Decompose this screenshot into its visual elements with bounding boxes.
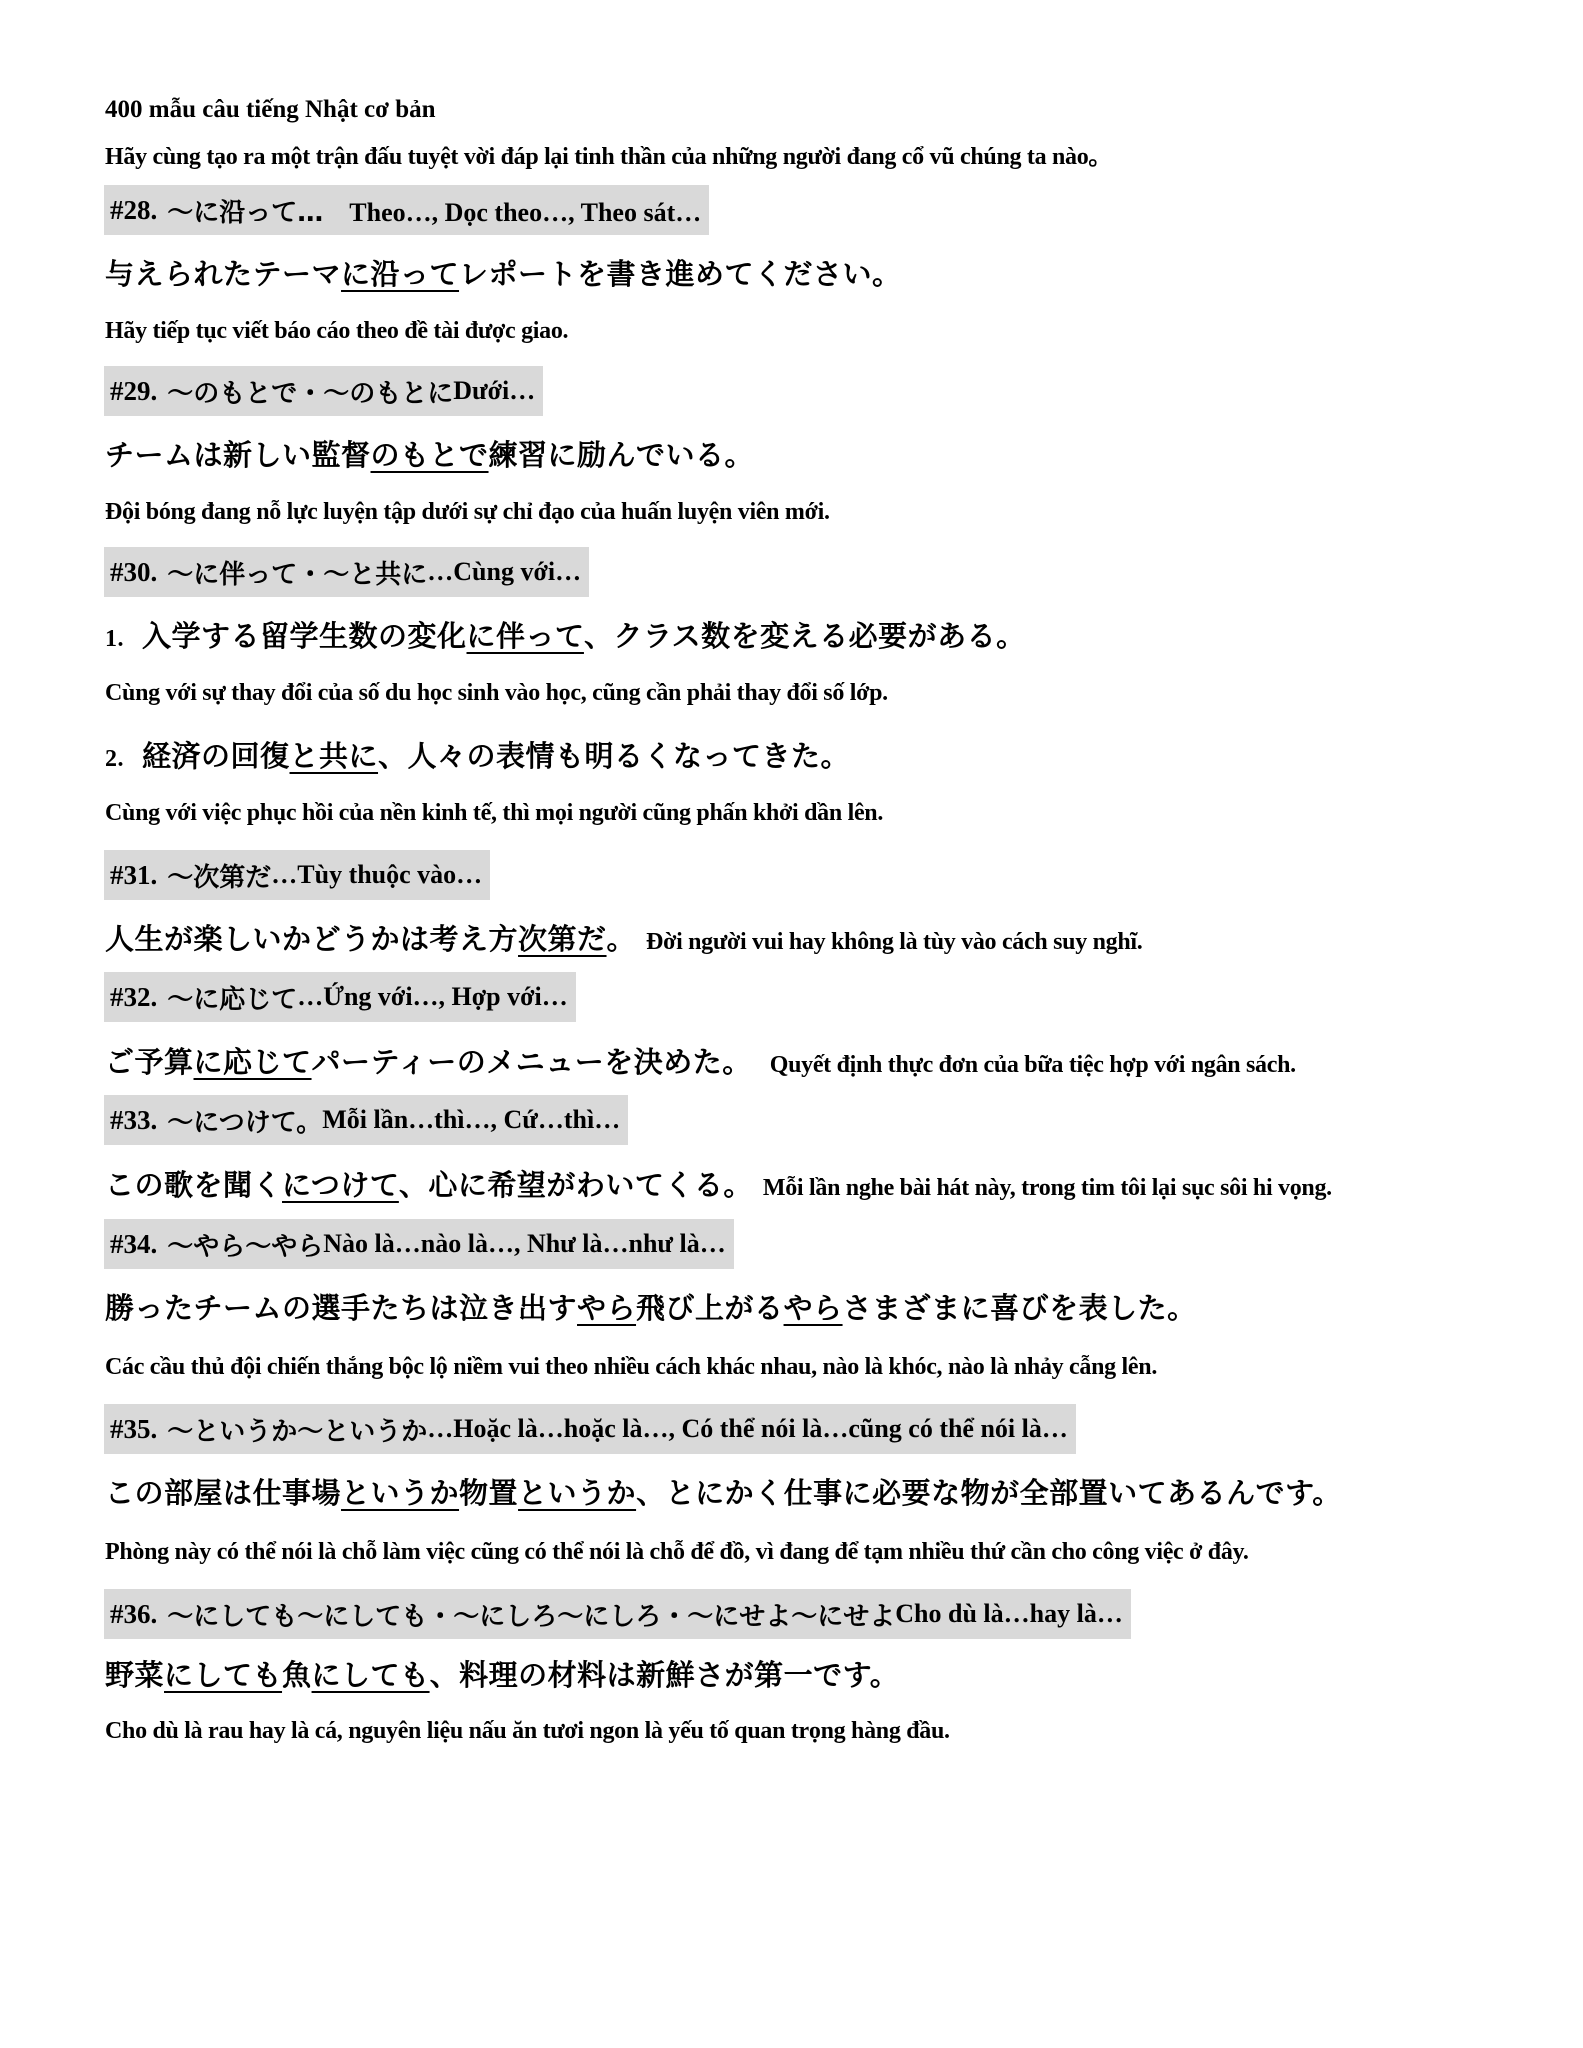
jp-text: 勝ったチームの選手たちは泣き出す xyxy=(105,1291,577,1325)
grammar-pattern: ～次第だ xyxy=(167,857,271,894)
jp-text: 、心に希望がわいてくる。 xyxy=(399,1168,753,1202)
jp-grammar-focus: に応じて xyxy=(194,1045,312,1079)
jp-grammar-focus: にしても xyxy=(312,1658,430,1692)
section-number: #34. xyxy=(110,1229,157,1260)
pattern-meaning: Nào là…nào là…, Như là…như là… xyxy=(323,1229,726,1259)
jp-text: 、クラス数を変える必要がある。 xyxy=(584,619,1026,653)
pattern-meaning: …Hoặc là…hoặc là…, Có thể nói là…cũng có… xyxy=(427,1414,1068,1444)
jp-text: 飛び上がる xyxy=(636,1291,784,1325)
section-header-31: #31. ～次第だ …Tùy thuộc vào… xyxy=(104,850,490,900)
pattern-meaning: Theo…, Dọc theo…, Theo sát… xyxy=(323,192,701,229)
section-header-36: #36. ～にしても～にしても・～にしろ～にしろ・～にせよ～にせよ Cho dù… xyxy=(104,1589,1131,1639)
grammar-pattern: ～に伴って・～と共に xyxy=(167,554,427,591)
jp-text: 、とにかく仕事に必要な物が全部置いてあるんです。 xyxy=(636,1476,1342,1510)
jp-grammar-focus: のもとで xyxy=(371,438,489,472)
grammar-pattern: ～に応じて xyxy=(167,979,297,1016)
example-jp: チームは新しい監督のもとで練習に励んでいる。 xyxy=(105,433,754,474)
example-jp: 1.入学する留学生数の変化に伴って、クラス数を変える必要がある。 xyxy=(105,614,1026,655)
example-vn-inline: Đời người vui hay không là tùy vào cách … xyxy=(646,929,1142,955)
example-jp: ご予算に応じてパーティーのメニューを決めた。Quyết định thực đơ… xyxy=(105,1040,1296,1081)
jp-text: さまざまに喜びを表した。 xyxy=(843,1291,1197,1325)
jp-text: 経済の回復 xyxy=(142,739,290,773)
section-number: #28. xyxy=(110,195,157,226)
pattern-meaning: …Tùy thuộc vào… xyxy=(271,860,482,890)
grammar-pattern: ～やら～やら xyxy=(167,1226,323,1263)
jp-grammar-focus: にしても xyxy=(164,1658,282,1692)
section-header-30: #30. ～に伴って・～と共に …Cùng với… xyxy=(104,547,589,597)
jp-grammar-focus: に伴って xyxy=(467,619,584,653)
pattern-meaning: …Ứng với…, Hợp với… xyxy=(297,982,567,1012)
example-vn: Cùng với sự thay đổi của số du học sinh … xyxy=(105,680,888,707)
jp-grammar-focus: に沿って xyxy=(341,257,459,291)
jp-text: 与えられたテーマ xyxy=(105,257,341,291)
example-vn: Cùng với việc phục hồi của nền kinh tế, … xyxy=(105,800,883,827)
grammar-pattern: ～に沿って… xyxy=(167,192,323,229)
section-header-34: #34. ～やら～やら Nào là…nào là…, Như là…như l… xyxy=(104,1219,734,1269)
jp-text: この部屋は仕事場 xyxy=(105,1476,341,1510)
jp-text: この歌を聞く xyxy=(105,1168,282,1202)
section-header-29: #29. ～のもとで・～のもとに Dưới… xyxy=(104,366,543,416)
jp-text: ご予算 xyxy=(105,1045,194,1079)
example-index: 2. xyxy=(105,746,124,772)
pattern-meaning: …Cùng với… xyxy=(427,557,581,587)
section-number: #33. xyxy=(110,1105,157,1136)
pattern-meaning: Cho dù là…hay là… xyxy=(895,1599,1123,1629)
jp-grammar-focus: というか xyxy=(518,1476,636,1510)
jp-grammar-focus: やら xyxy=(577,1291,636,1325)
example-vn: Phòng này có thể nói là chỗ làm việc cũn… xyxy=(105,1539,1249,1566)
jp-text: チームは新しい監督 xyxy=(105,438,371,472)
jp-text: 練習に励んでいる。 xyxy=(489,438,755,472)
section-number: #30. xyxy=(110,557,157,588)
section-number: #35. xyxy=(110,1414,157,1445)
jp-text: 野菜 xyxy=(105,1658,164,1692)
jp-grammar-focus: と共に xyxy=(290,739,379,773)
grammar-pattern: ～のもとで・～のもとに xyxy=(167,373,453,410)
jp-text: 、人々の表情も明るくなってきた。 xyxy=(378,739,850,773)
example-jp: 勝ったチームの選手たちは泣き出すやら飛び上がるやらさまざまに喜びを表した。 xyxy=(105,1286,1197,1327)
section-header-28: #28. ～に沿って… Theo…, Dọc theo…, Theo sát… xyxy=(104,185,709,235)
section-header-32: #32. ～に応じて …Ứng với…, Hợp với… xyxy=(104,972,576,1022)
pattern-meaning: Mỗi lần…thì…, Cứ…thì… xyxy=(322,1105,620,1135)
example-vn: Các cầu thủ đội chiến thắng bộc lộ niềm … xyxy=(105,1354,1157,1381)
example-jp: 野菜にしても魚にしても、料理の材料は新鮮さが第一です。 xyxy=(105,1653,899,1694)
section-header-33: #33. ～につけて。 Mỗi lần…thì…, Cứ…thì… xyxy=(104,1095,628,1145)
grammar-pattern: ～にしても～にしても・～にしろ～にしろ・～にせよ～にせよ xyxy=(167,1596,895,1633)
example-jp: この部屋は仕事場というか物置というか、とにかく仕事に必要な物が全部置いてあるんで… xyxy=(105,1471,1342,1512)
section-number: #32. xyxy=(110,982,157,1013)
jp-text: 、料理の材料は新鮮さが第一です。 xyxy=(430,1658,900,1692)
jp-text: レポートを書き進めてください。 xyxy=(459,257,902,291)
example-jp: 人生が楽しいかどうかは考え方次第だ。Đời người vui hay khôn… xyxy=(105,917,1142,958)
example-vn: Hãy tiếp tục viết báo cáo theo đề tài đư… xyxy=(105,318,568,345)
example-jp: 2.経済の回復と共に、人々の表情も明るくなってきた。 xyxy=(105,734,850,775)
jp-text: パーティーのメニューを決めた。 xyxy=(312,1045,752,1079)
example-jp: この歌を聞くにつけて、心に希望がわいてくる。Mỗi lần nghe bài h… xyxy=(105,1163,1332,1204)
pattern-meaning: Dưới… xyxy=(453,376,535,406)
document-page: 400 mẫu câu tiếng Nhật cơ bản Hãy cùng t… xyxy=(0,0,1583,2048)
jp-text: 人生が楽しいかどうかは考え方 xyxy=(105,922,518,956)
document-subtitle: Hãy cùng tạo ra một trận đấu tuyệt vời đ… xyxy=(105,136,1112,171)
section-number: #31. xyxy=(110,860,157,891)
document-title: 400 mẫu câu tiếng Nhật cơ bản xyxy=(105,96,436,124)
grammar-pattern: ～につけて。 xyxy=(167,1102,322,1139)
jp-grammar-focus: につけて xyxy=(282,1168,399,1202)
example-vn: Cho dù là rau hay là cá, nguyên liệu nấu… xyxy=(105,1718,950,1745)
grammar-pattern: ～というか～というか xyxy=(167,1411,427,1448)
example-jp: 与えられたテーマに沿ってレポートを書き進めてください。 xyxy=(105,252,902,293)
example-vn: Đội bóng đang nỗ lực luyện tập dưới sự c… xyxy=(105,499,830,526)
section-number: #29. xyxy=(110,376,157,407)
jp-grammar-focus: 次第だ xyxy=(518,922,607,956)
section-number: #36. xyxy=(110,1599,157,1630)
jp-text: 魚 xyxy=(282,1658,312,1692)
section-header-35: #35. ～というか～というか …Hoặc là…hoặc là…, Có th… xyxy=(104,1404,1076,1454)
jp-grammar-focus: やら xyxy=(784,1291,843,1325)
example-index: 1. xyxy=(105,626,124,652)
jp-text: 入学する留学生数の変化 xyxy=(142,619,467,653)
jp-grammar-focus: というか xyxy=(341,1476,459,1510)
example-vn-inline: Quyết định thực đơn của bữa tiệc hợp với… xyxy=(770,1052,1296,1078)
example-vn-inline: Mỗi lần nghe bài hát này, trong tim tôi … xyxy=(763,1175,1332,1201)
jp-text: 。 xyxy=(607,922,637,956)
jp-text: 物置 xyxy=(459,1476,518,1510)
